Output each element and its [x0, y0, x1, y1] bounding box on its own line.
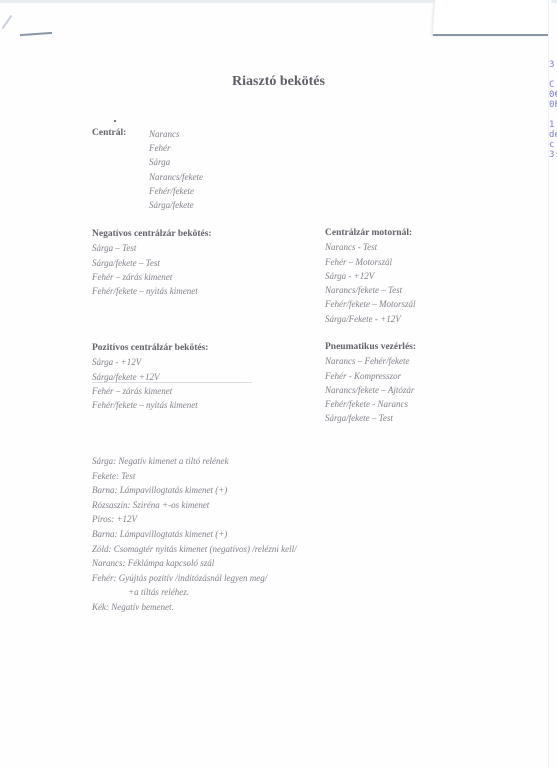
note-line: Barna: Lámpavillogtatás kimenet (+)	[92, 527, 297, 542]
central-wire: Sárga	[149, 155, 203, 169]
wiring-line: Sárga/Fekete - +12V	[325, 312, 415, 326]
wiring-line: Fehér/fekete - Narancs	[325, 397, 416, 411]
section-pneumatic: Pneumatikus vezérlés: Narancs – Fehér/fe…	[325, 340, 416, 426]
scanned-page: 3 C 0€ 0F 1 dé c 3: Riasztó bekötés Cent…	[0, 0, 557, 768]
scan-artifact-line	[92, 382, 252, 383]
section-heading: Negatívos centrálzár bekötés:	[92, 227, 212, 241]
wiring-line: Fehér/fekete – nyitás kimenet	[92, 398, 208, 412]
section-heading: Pozitívos centrálzár bekötés:	[92, 341, 208, 355]
wiring-line: Sárga/fekete – Test	[92, 256, 212, 270]
note-line: Piros: +12V	[92, 512, 297, 527]
section-heading: Pneumatikus vezérlés:	[325, 340, 416, 354]
section-positive-lock: Pozitívos centrálzár bekötés: Sárga - +1…	[92, 341, 208, 412]
section-negative-lock: Negatívos centrálzár bekötés: Sárga – Te…	[92, 227, 212, 298]
section-heading: Centrálzár motornál:	[325, 226, 415, 240]
scan-artifact-line	[20, 32, 52, 36]
central-wire: Narancs/fekete	[149, 170, 203, 184]
wiring-line: Narancs/fekete – Ajtózár	[325, 383, 416, 397]
section-lock-motor: Centrálzár motornál: Narancs - Test Fehé…	[325, 226, 415, 326]
note-line: Barna: Lámpavillogtatás kimenet (+)	[92, 483, 297, 498]
document-title: Riasztó bekötés	[0, 74, 557, 90]
note-line-continuation: +a tiltás reléhez.	[92, 585, 297, 600]
note-line: Kék: Negatív bemenet.	[92, 600, 297, 615]
note-line: Fehér: Gyújtás pozitív /indítózásnál leg…	[92, 571, 297, 586]
central-wire: Fehér	[149, 141, 203, 155]
speck	[114, 120, 116, 122]
central-label: Centrál:	[92, 128, 126, 138]
wiring-line: Sárga - +12V	[92, 355, 208, 369]
central-wire: Fehér/fekete	[149, 184, 203, 198]
scan-artifact-mark	[2, 15, 13, 29]
note-line: Zöld: Csomagtér nyitás kimenet (negatívo…	[92, 542, 297, 557]
wiring-line: Fehér/fekete – Motorszál	[325, 297, 415, 311]
wiring-line: Fehér – zárás kimenet	[92, 384, 208, 398]
scan-folded-corner	[433, 0, 552, 36]
note-line: Fekete: Test	[92, 469, 297, 484]
wiring-line: Fehér/fekete – nyitás kimenet	[92, 284, 212, 298]
note-line: Sárga: Negatív kimenet a tiltó relének	[92, 454, 297, 469]
wiring-line: Sárga – Test	[92, 241, 212, 255]
wiring-line: Sárga/fekete – Test	[325, 411, 416, 425]
note-line: Rózsaszín: Sziréna +-os kimenet	[92, 498, 297, 513]
central-wire: Narancs	[149, 127, 203, 141]
wiring-line: Fehér - Kompresszor	[325, 369, 416, 383]
wiring-line: Sárga - +12V	[325, 269, 415, 283]
wire-color-notes: Sárga: Negatív kimenet a tiltó relének F…	[92, 454, 297, 615]
wiring-line: Fehér – Motorszál	[325, 255, 415, 269]
note-line: Narancs: Féklámpa kapcsoló szál	[92, 556, 297, 571]
wiring-line: Narancs - Test	[325, 240, 415, 254]
wiring-line: Narancs – Fehér/fekete	[325, 354, 416, 368]
wiring-line: Fehér – zárás kimenet	[92, 270, 212, 284]
central-wire: Sárga/fekete	[149, 198, 203, 212]
wiring-line: Narancs/fekete – Test	[325, 283, 415, 297]
central-wire-list: Narancs Fehér Sárga Narancs/fekete Fehér…	[149, 127, 203, 212]
